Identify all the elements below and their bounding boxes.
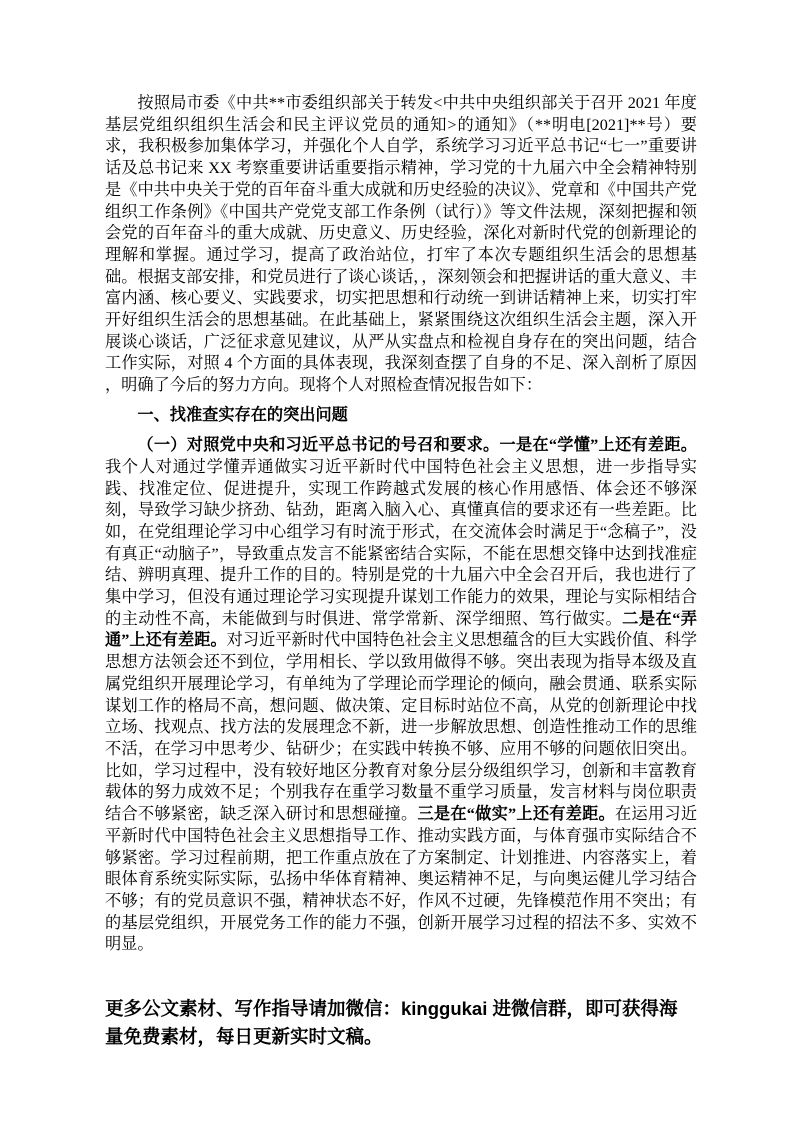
subsection-lead-bold: （一）对照党中央和习近平总书记的号召和要求。一是在“学懂”上还有差距。 [137, 436, 697, 454]
intro-paragraph: 按照局市委《中共**市委组织部关于转发<中共中央组织部关于召开 2021 年度基… [105, 93, 697, 397]
point-three-bold: 三是在“做实”上还有差距。 [417, 805, 615, 823]
document-page: 按照局市委《中共**市委组织部关于转发<中共中央组织部关于召开 2021 年度基… [0, 0, 793, 1122]
subsection-text-1: 我个人对通过学懂弄通做实习近平新时代中国特色社会主义思想，进一步指导实践、找准定… [105, 458, 697, 628]
footer-promo-text: 更多公文素材、写作指导请加微信：kinggukai 进微信群，即可获得海量免费素… [105, 995, 680, 1051]
section-one-paragraph: （一）对照党中央和习近平总书记的号召和要求。一是在“学懂”上还有差距。我个人对通… [105, 435, 697, 956]
section-heading: 一、找准查实存在的突出问题 [105, 405, 697, 427]
subsection-text-3: 在运用习近平新时代中国特色社会主义思想指导工作、推动实践方面，与体育强市实际结合… [105, 805, 697, 953]
subsection-text-2: 对习近平新时代中国特色社会主义思想蕴含的巨大实践价值、科学思想方法领会还不到位，… [105, 631, 697, 823]
